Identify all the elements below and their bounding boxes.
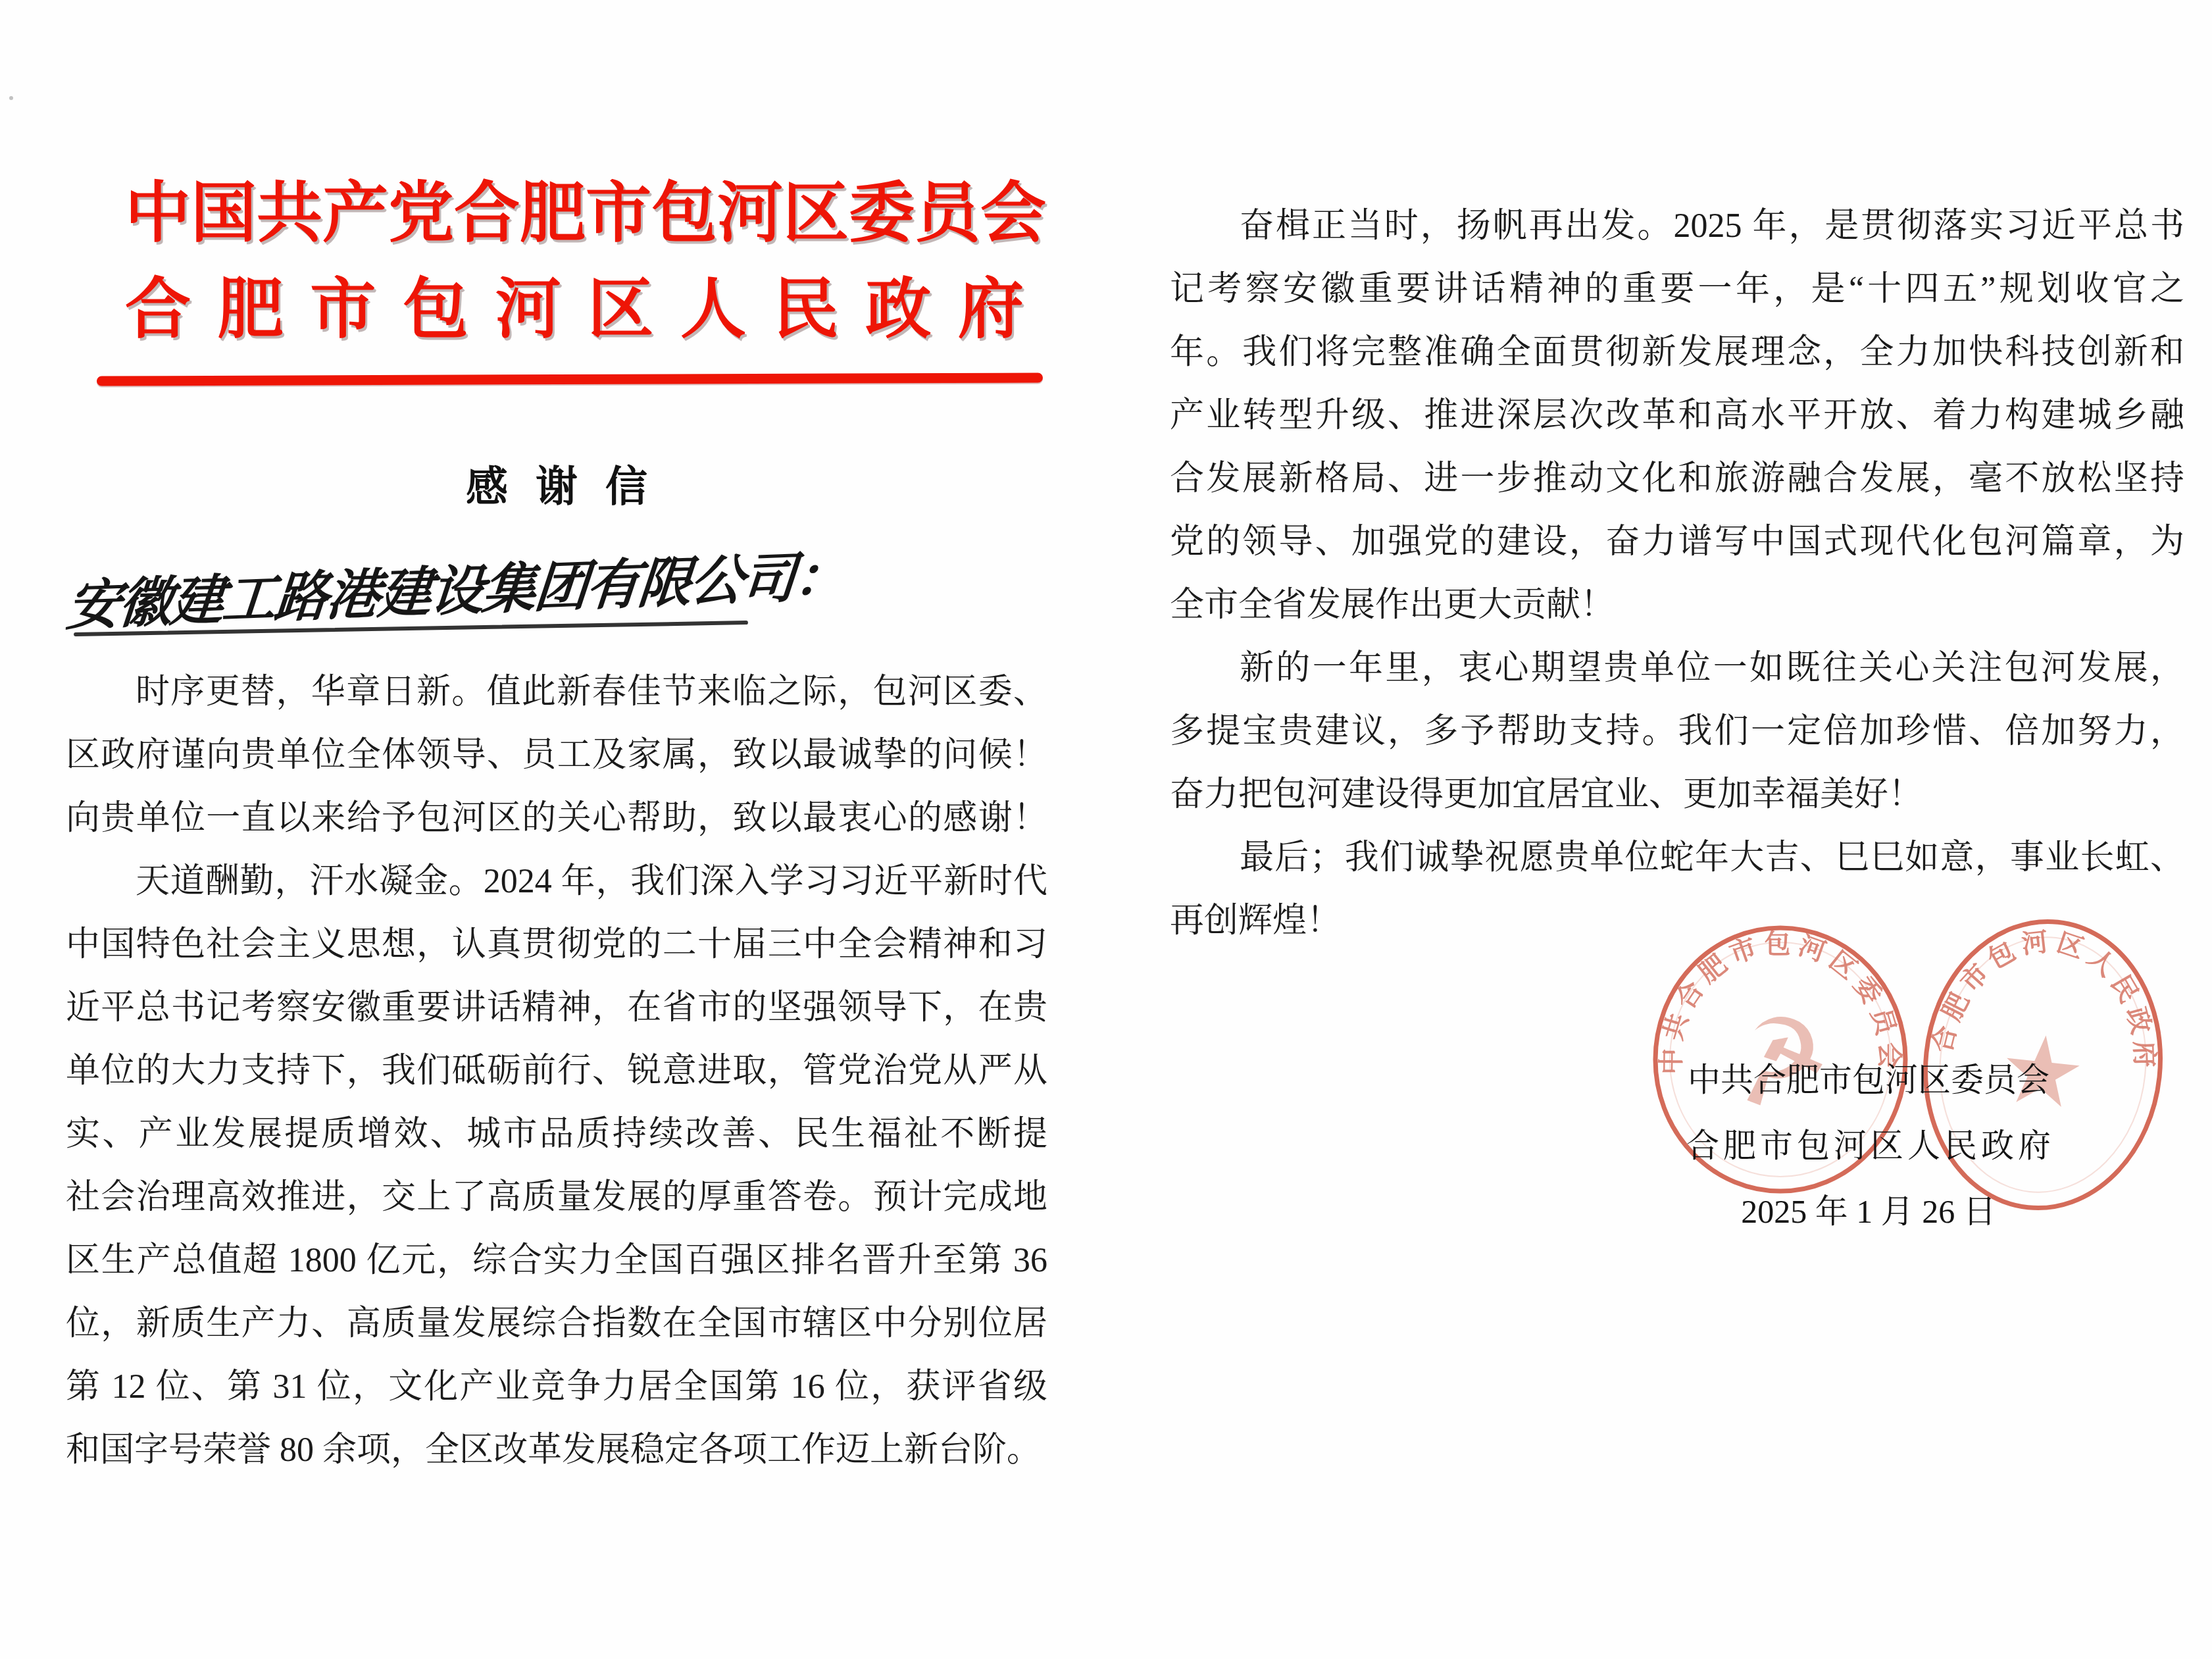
left-column: 时序更替，华章日新。值此新春佳节来临之际，包河区委、 区政府谨向贵单位全体领导、… [66, 661, 1047, 1482]
letter-title: 感谢信 [66, 461, 1047, 513]
body-line: 党的领导、加强党的建设，奋力谱写中国式现代化包河篇章，为 [1170, 511, 2184, 574]
body-line: 社会治理高效推进，交上了高质量发展的厚重答卷。预计完成地 [66, 1166, 1047, 1229]
body-line: 第 12 位、第 31 位，文化产业竞争力居全国第 16 位，获评省级 [66, 1356, 1047, 1419]
right-column: 奋楫正当时，扬帆再出发。2025 年，是贯彻落实习近平总书 记考察安徽重要讲话精… [1170, 195, 2184, 953]
signature-org-line2: 合肥市包河区人民政府 [1540, 1113, 2198, 1179]
letter-page: 中国共产党合肥市包河区委员会 合肥市包河区人民政府 感谢信 安徽建工路港建设集团… [0, 0, 2212, 1659]
body-line: 奋力把包河建设得更加宜居宜业、更加幸福美好！ [1170, 763, 2184, 827]
signature-date: 2025 年 1 月 26 日 [1540, 1179, 2198, 1244]
body-line: 和国字号荣誉 80 余项，全区改革发展稳定各项工作迈上新台阶。 [66, 1419, 1047, 1482]
body-line: 记考察安徽重要讲话精神的重要一年，是“十四五”规划收官之 [1170, 258, 2184, 321]
body-line: 全市全省发展作出更大贡献！ [1170, 574, 2184, 637]
signature-org-line1: 中共合肥市包河区委员会 [1540, 1047, 2198, 1113]
scan-speck [9, 96, 13, 100]
body-line: 中国特色社会主义思想，认真贯彻党的二十届三中全会精神和习 [66, 913, 1047, 977]
body-line: 区生产总值超 1800 亿元，综合实力全国百强区排名晋升至第 36 [66, 1229, 1047, 1292]
letterhead-line1: 中国共产党合肥市包河区委员会 [125, 166, 1024, 262]
body-line: 区政府谨向贵单位全体领导、员工及家属，致以最诚挚的问候！ [66, 724, 1047, 787]
body-line: 天道酬勤，汗水凝金。2024 年，我们深入学习习近平新时代 [66, 850, 1047, 913]
body-line: 新的一年里，衷心期望贵单位一如既往关心关注包河发展， [1170, 637, 2184, 700]
body-line: 合发展新格局、进一步推动文化和旅游融合发展，毫不放松坚持 [1170, 447, 2184, 511]
signature-block: 中共合肥市包河区委员会 合肥市包河区人民政府 2025 年 1 月 26 日 [1540, 1047, 2198, 1244]
body-line: 向贵单位一直以来给予包河区的关心帮助，致以最衷心的感谢！ [66, 787, 1047, 850]
letterhead-divider [97, 372, 1043, 386]
body-line: 实、产业发展提质增效、城市品质持续改善、民生福祉不断提升、 [66, 1103, 1047, 1166]
body-line: 奋楫正当时，扬帆再出发。2025 年，是贯彻落实习近平总书 [1170, 195, 2184, 258]
body-line: 位，新质生产力、高质量发展综合指数在全国市辖区中分别位居 [66, 1292, 1047, 1356]
letterhead-line2: 合肥市包河区人民政府 [125, 262, 1024, 358]
body-line: 近平总书记考察安徽重要讲话精神，在省市的坚强领导下，在贵 [66, 977, 1047, 1040]
body-line: 最后；我们诚挚祝愿贵单位蛇年大吉、巳巳如意，事业长虹、 [1170, 827, 2184, 890]
body-line: 时序更替，华章日新。值此新春佳节来临之际，包河区委、 [66, 661, 1047, 724]
body-line: 多提宝贵建议，多予帮助支持。我们一定倍加珍惜、倍加努力， [1170, 700, 2184, 763]
body-line: 单位的大力支持下，我们砥砺前行、锐意进取，管党治党从严从 [66, 1040, 1047, 1103]
body-line: 产业转型升级、推进深层次改革和高水平开放、着力构建城乡融 [1170, 384, 2184, 447]
body-line: 年。我们将完整准确全面贯彻新发展理念，全力加快科技创新和 [1170, 321, 2184, 384]
